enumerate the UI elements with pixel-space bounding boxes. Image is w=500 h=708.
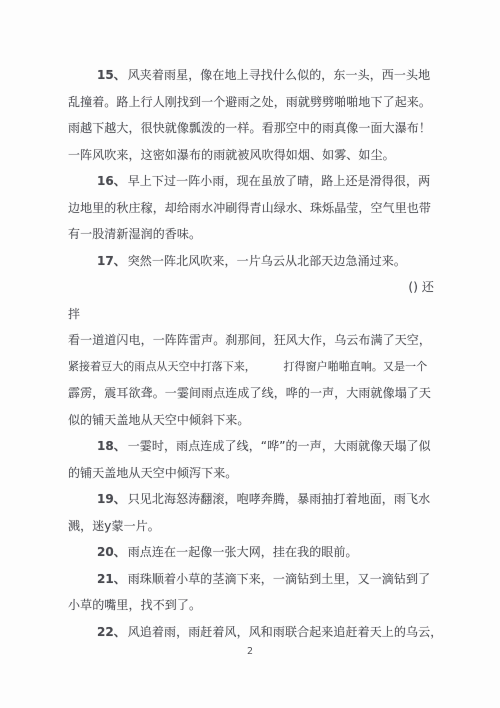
text-line: 边地里的秋庄稼，却给雨水冲刷得青山绿水、珠烁晶莹，空气里也带 [68, 195, 434, 222]
paragraph-19-line: 19、只见北海怒涛翻滚，咆哮奔腾，暴雨抽打着地面，雨飞水 [68, 486, 434, 513]
paragraph-15-line: 15、风夹着雨星，像在地上寻找什么似的，东一头，西一头地 [68, 62, 434, 89]
line-text: 雨珠顺着小草的茎滴下来，一滴钻到土里，又一滴钻到了 [128, 572, 431, 586]
text-line: 看一道道闪电，一阵阵雷声。刹那间，狂风大作，乌云布满了天空， [68, 327, 434, 354]
paragraph-17-line: 17、突然一阵北风吹来，一片乌云从北部天边急涌过来。 [68, 248, 434, 275]
stray-text-char: 拌 [68, 301, 434, 328]
paragraph-20-line: 20、雨点连在一起像一张大网，挂在我的眼前。 [68, 539, 434, 566]
paragraph-number: 15、 [97, 68, 128, 82]
stray-text-parenthesis: () 还 [68, 274, 434, 301]
line-text: 早上下过一阵小雨，现在虽放了晴，路上还是滑得很，两 [128, 174, 431, 188]
paragraph-number: 20、 [97, 545, 128, 559]
text-line: 有一股清新湿润的香味。 [68, 221, 434, 248]
text-line: 溅，迷y蒙一片。 [68, 513, 434, 540]
page-number: 2 [0, 645, 500, 659]
text-line: 小草的嘴里，找不到了。 [68, 592, 434, 619]
text-line: 似的铺天盖地从天空中倾斜下来。 [68, 407, 434, 434]
paragraph-number: 18、 [97, 439, 128, 453]
line-text: 一霎时，雨点连成了线，“哗”的一声，大雨就像天塌了似 [128, 439, 431, 453]
paragraph-number: 21、 [97, 572, 128, 586]
line-text: 雨点连在一起像一张大网，挂在我的眼前。 [128, 545, 358, 559]
paragraph-18-line: 18、一霎时，雨点连成了线，“哗”的一声，大雨就像天塌了似 [68, 433, 434, 460]
line-text: 风夹着雨星，像在地上寻找什么似的，东一头，西一头地 [128, 68, 431, 82]
paragraph-16-line: 16、早上下过一阵小雨，现在虽放了晴，路上还是滑得很，两 [68, 168, 434, 195]
line-text: 突然一阵北风吹来，一片乌云从北部天边急涌过来。 [128, 254, 406, 268]
paragraph-21-line: 21、雨珠顺着小草的茎滴下来，一滴钻到土里，又一滴钻到了 [68, 566, 434, 593]
line-text: 只见北海怒涛翻滚，咆哮奔腾，暴雨抽打着地面，雨飞水 [128, 492, 431, 506]
paragraph-number: 16、 [97, 174, 128, 188]
paragraph-number: 17、 [97, 254, 128, 268]
text-line: 乱撞着。路上行人刚找到一个避雨之处，雨就劈劈啪啪地下了起来。 [68, 89, 434, 116]
text-line: 紧接着豆大的雨点从天空中打落下来， 打得窗户啪啪直响。又是一个 [68, 354, 434, 381]
document-page: 15、风夹着雨星，像在地上寻找什么似的，东一头，西一头地 乱撞着。路上行人刚找到… [0, 0, 500, 708]
paragraph-number: 19、 [97, 492, 128, 506]
line-text: 风追着雨，雨赶着风，风和雨联合起来追赶着天上的乌云， [128, 625, 443, 639]
paragraph-number: 22、 [97, 625, 128, 639]
text-line: 霹雳，震耳欲聋。一霎间雨点连成了线，哗的一声，大雨就像塌了天 [68, 380, 434, 407]
paragraph-22-line: 22、风追着雨，雨赶着风，风和雨联合起来追赶着天上的乌云， [68, 619, 434, 646]
text-line: 雨越下越大，很快就像瓢泼的一样。看那空中的雨真像一面大瀑布！ [68, 115, 434, 142]
document-text-block: 15、风夹着雨星，像在地上寻找什么似的，东一头，西一头地 乱撞着。路上行人刚找到… [68, 62, 434, 645]
text-line: 一阵风吹来，这密如瀑布的雨就被风吹得如烟、如雾、如尘。 [68, 142, 434, 169]
text-line: 的铺天盖地从天空中倾泻下来。 [68, 460, 434, 487]
